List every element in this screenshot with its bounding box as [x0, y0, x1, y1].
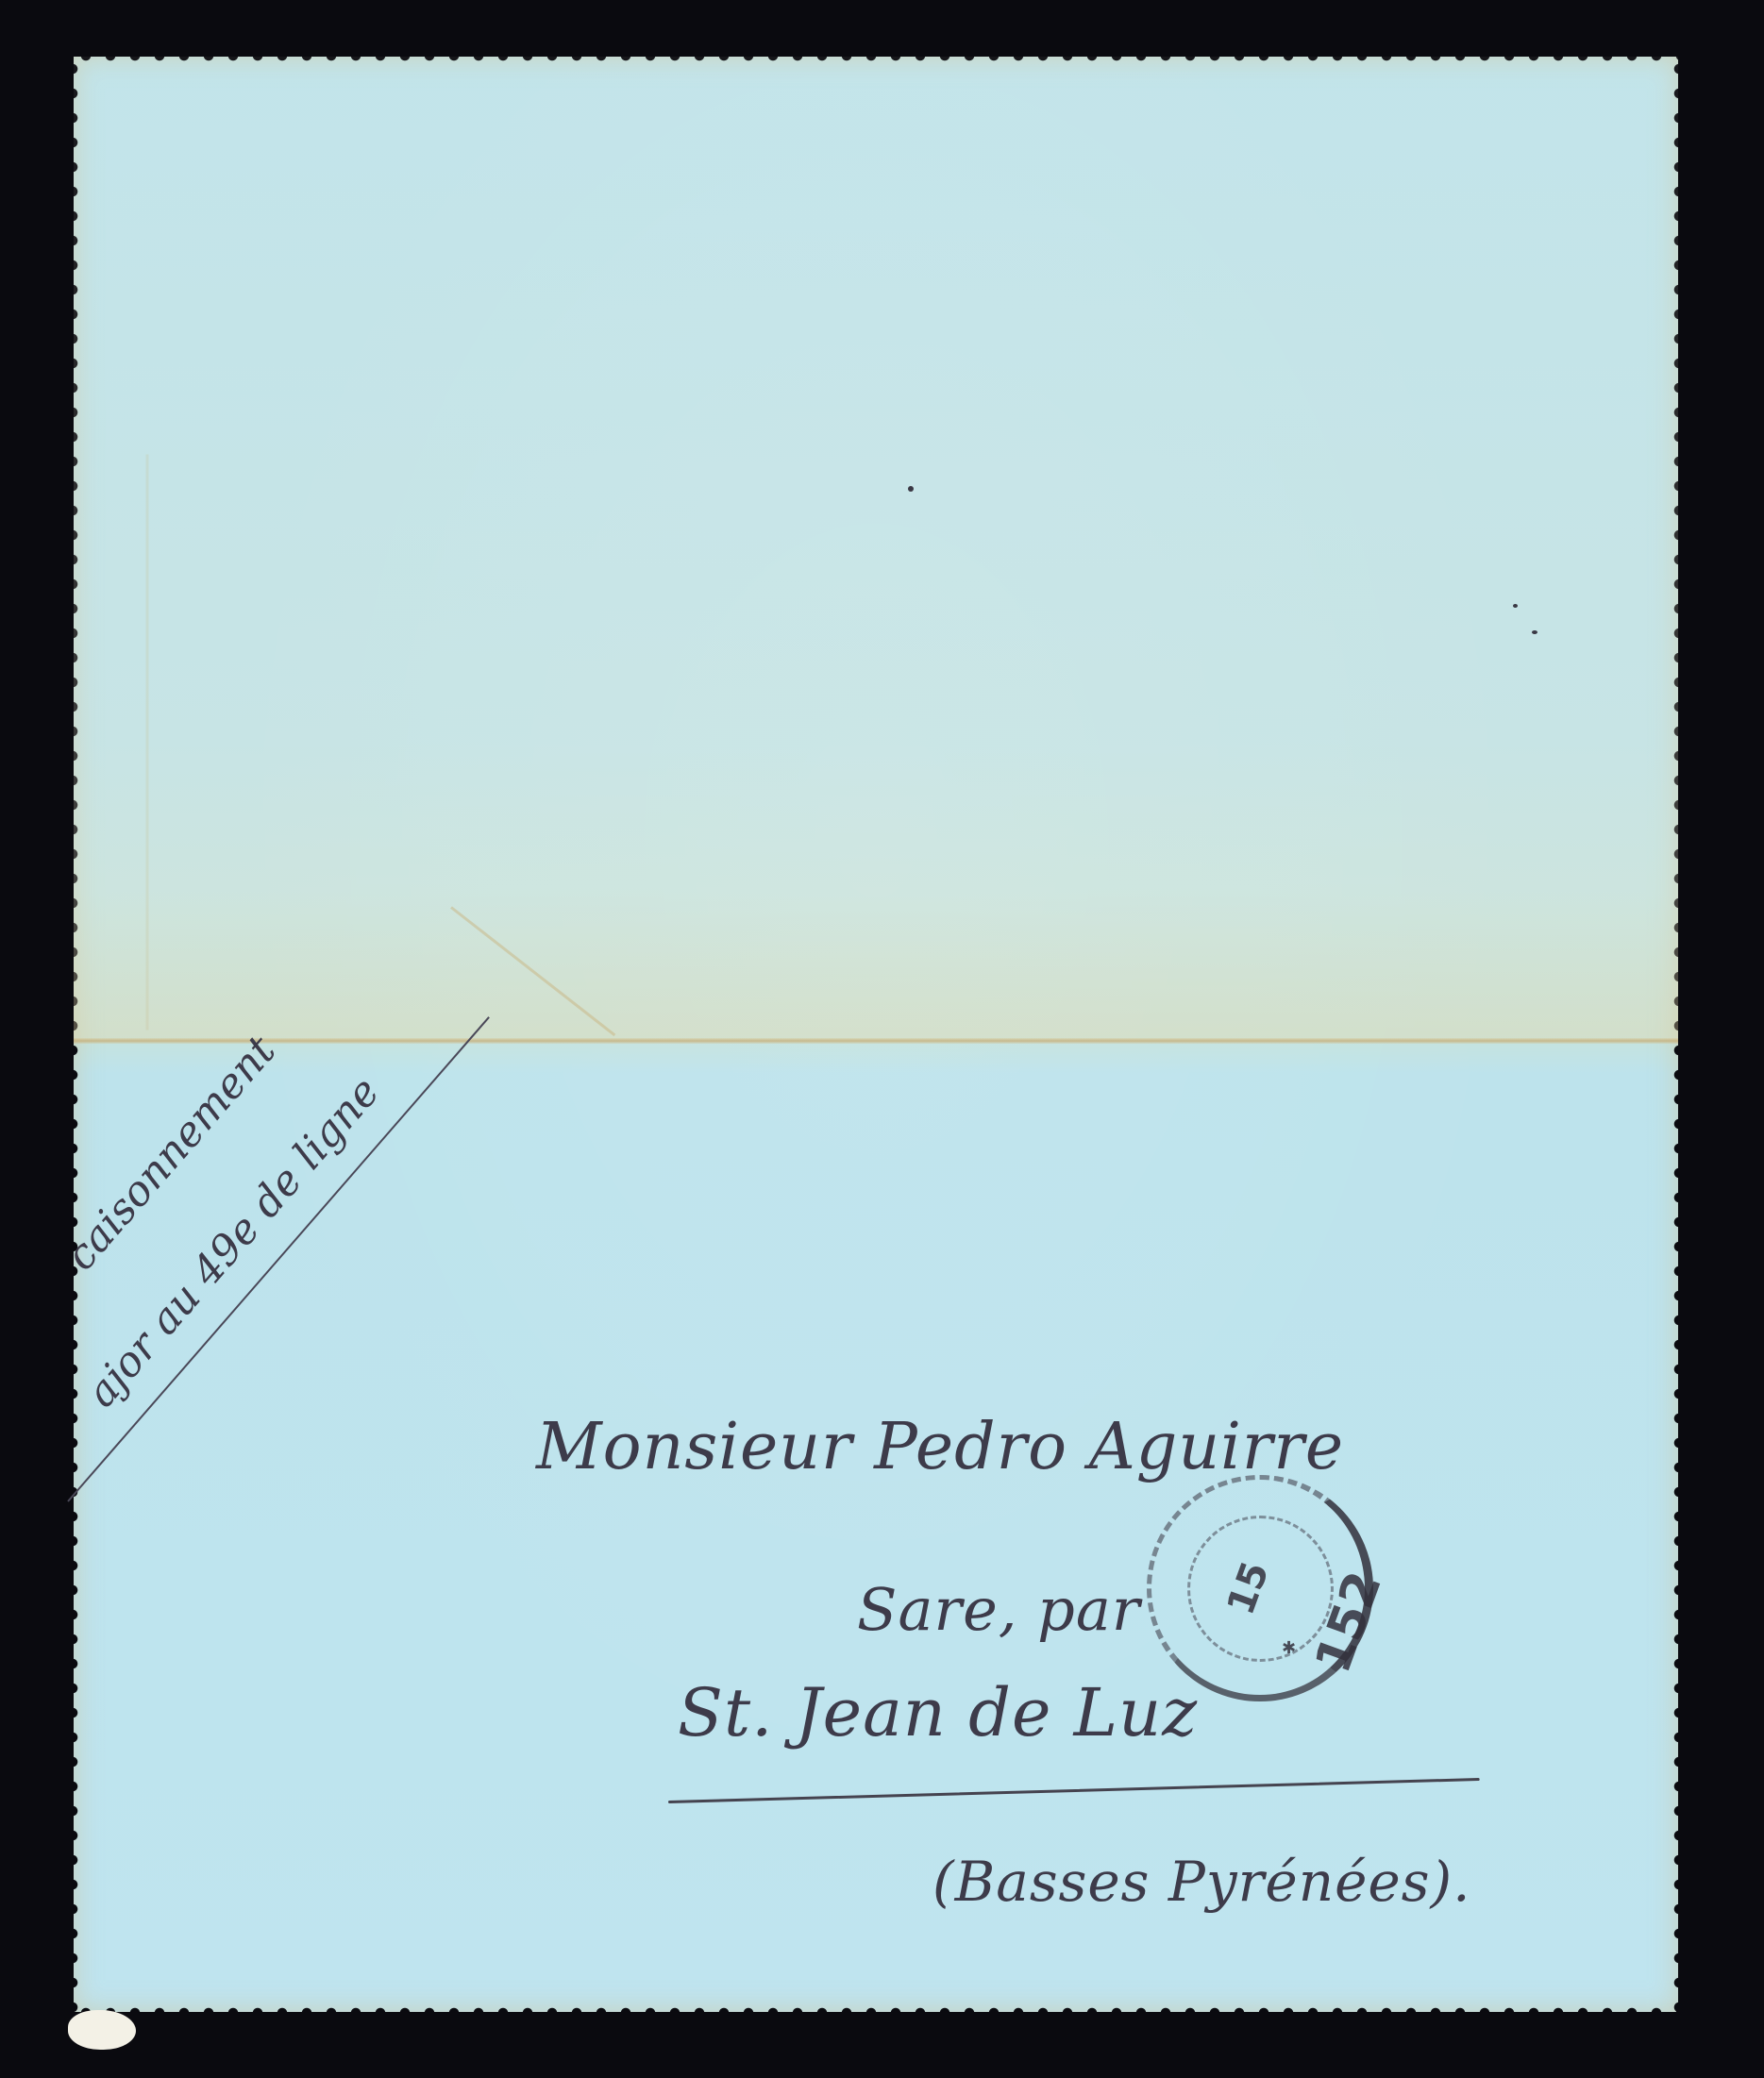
diagonal-rule-line: [67, 1016, 490, 1502]
torn-corner: [68, 2010, 136, 2050]
address-line-city: St. Jean de Luz: [678, 1680, 1198, 1746]
postmark-star-icon: ✱: [1282, 1640, 1296, 1657]
upper-fold-panel: [74, 57, 1678, 1040]
address-line-recipient: Monsieur Pedro Aguirre: [536, 1416, 1344, 1480]
horizontal-fold-line: [74, 1038, 1678, 1044]
address-underline: [668, 1778, 1480, 1803]
vertical-crease: [146, 455, 149, 1031]
ink-spot: [1513, 604, 1518, 608]
postmark-stamp: 15 ✱ 152: [1147, 1475, 1373, 1701]
side-note-line-2: ajor au 49e de ligne: [80, 1070, 387, 1415]
address-line-town: Sare, par: [857, 1581, 1140, 1639]
ink-spot: [908, 486, 914, 492]
address-line-department: (Basses Pyrénées).: [932, 1854, 1471, 1909]
ink-spot: [1532, 630, 1537, 634]
letter-card: caisonnement ajor au 49e de ligne Monsie…: [74, 57, 1678, 2012]
perforated-edge-bottom: [74, 2006, 1678, 2019]
